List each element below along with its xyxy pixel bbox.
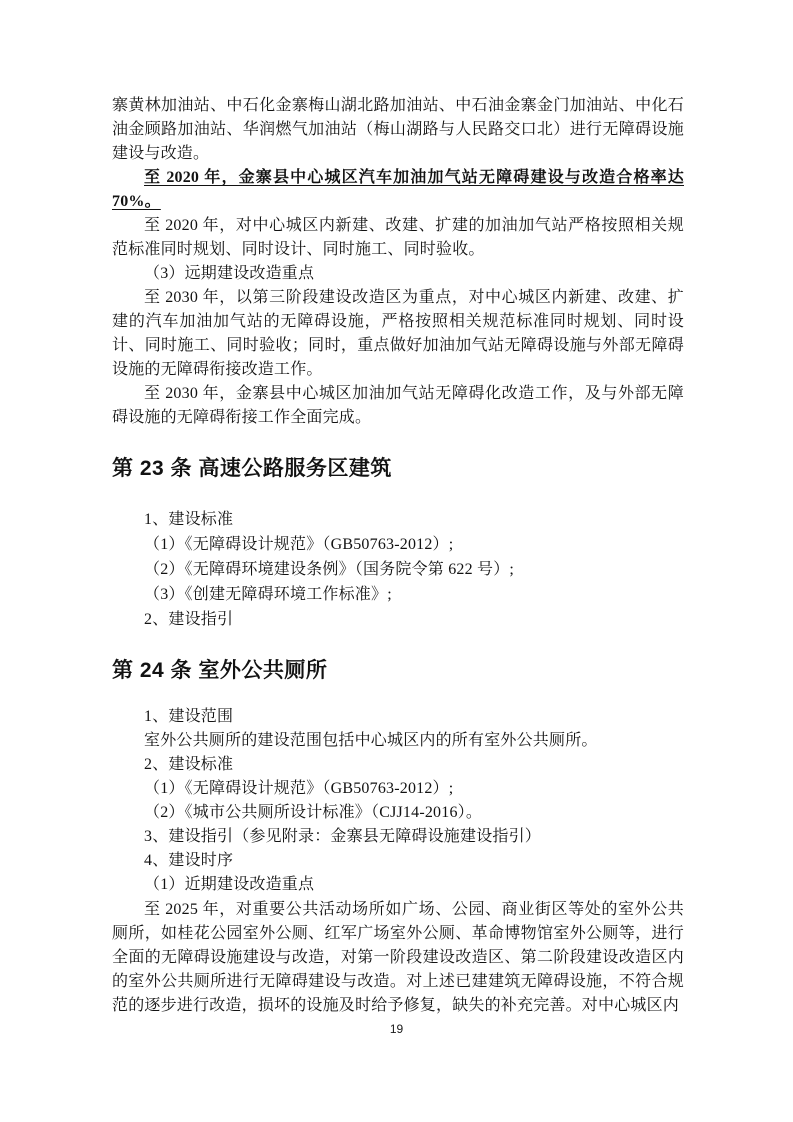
- body-paragraph-continuation: 寨黄林加油站、中石化金寨梅山湖北路加油站、中石油金寨金门加油站、中化石油金顾路加…: [112, 94, 684, 166]
- article-24-item-list: 1、建设范围 室外公共厕所的建设范围包括中心城区内的所有室外公共厕所。 2、建设…: [112, 705, 684, 897]
- list-item: 2、建设指引: [112, 607, 684, 632]
- list-item: （3）《创建无障碍环境工作标准》;: [112, 582, 684, 607]
- list-item: （1）近期建设改造重点: [112, 873, 684, 897]
- body-paragraph: 至 2030 年，金寨县中心城区加油加气站无障碍化改造工作，及与外部无障碍设施的…: [112, 382, 684, 430]
- subsection-label-far-term: （3）远期建设改造重点: [112, 262, 684, 286]
- list-item: （1）《无障碍设计规范》（GB50763-2012）;: [112, 532, 684, 557]
- list-item: 室外公共厕所的建设范围包括中心城区内的所有室外公共厕所。: [112, 729, 684, 753]
- list-item: 3、建设指引（参见附录：金寨县无障碍设施建设指引）: [112, 825, 684, 849]
- article-24-heading: 第 24 条 室外公共厕所: [112, 657, 684, 684]
- list-item: 1、建设标准: [112, 507, 684, 532]
- target-statement-bold-underline: 至 2020 年，金寨县中心城区汽车加油加气站无障碍建设与改造合格率达 70%。: [112, 166, 684, 214]
- article-23-heading: 第 23 条 高速公路服务区建筑: [112, 455, 684, 482]
- page-content: 寨黄林加油站、中石化金寨梅山湖北路加油站、中石油金寨金门加油站、中化石油金顾路加…: [112, 94, 684, 1018]
- list-item: （1）《无障碍设计规范》（GB50763-2012）;: [112, 777, 684, 801]
- page-number: 19: [0, 1022, 793, 1036]
- document-page: 寨黄林加油站、中石化金寨梅山湖北路加油站、中石油金寨金门加油站、中化石油金顾路加…: [0, 0, 793, 1122]
- body-paragraph: 至 2020 年，对中心城区内新建、改建、扩建的加油加气站严格按照相关规范标准同…: [112, 214, 684, 262]
- body-paragraph-closing: 至 2025 年，对重要公共活动场所如广场、公园、商业街区等处的室外公共厕所，如…: [112, 898, 684, 1018]
- list-item: 1、建设范围: [112, 705, 684, 729]
- body-paragraph: 至 2030 年，以第三阶段建设改造区为重点，对中心城区内新建、改建、扩建的汽车…: [112, 286, 684, 382]
- article-23-item-list: 1、建设标准 （1）《无障碍设计规范》（GB50763-2012）; （2）《无…: [112, 507, 684, 632]
- list-item: 4、建设时序: [112, 849, 684, 873]
- list-item: （2）《无障碍环境建设条例》（国务院令第 622 号）;: [112, 557, 684, 582]
- list-item: 2、建设标准: [112, 753, 684, 777]
- list-item: （2）《城市公共厕所设计标准》（CJJ14-2016）。: [112, 801, 684, 825]
